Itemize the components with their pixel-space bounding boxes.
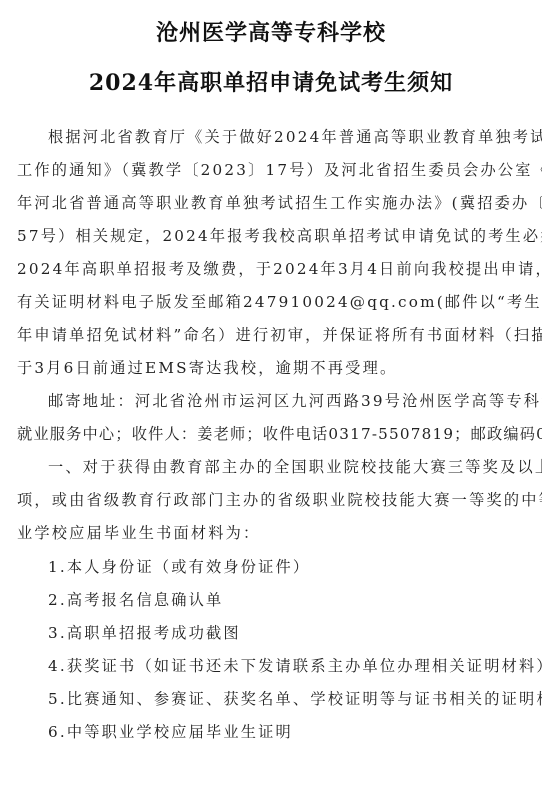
document-title: 沧州医学高等专科学校 <box>0 16 542 47</box>
list-item: 6.中等职业学校应届毕业生证明 <box>48 721 542 743</box>
paragraph-line: 邮寄地址：河北省沧州市运河区九河西路39号沧州医学高等专科学校 <box>48 390 529 412</box>
paragraph-line: 年河北省普通高等职业教育单独考试招生工作实施办法》(冀招委办〔2023〕 <box>17 192 529 214</box>
list-item: 2.高考报名信息确认单 <box>48 589 542 611</box>
paragraph-line: 于3月6日前通过EMS寄达我校，逾期不再受理。 <box>17 357 529 379</box>
paragraph-line: 项，或由省级教育行政部门主办的省级职业院校技能大赛一等奖的中等职 <box>17 489 529 511</box>
paragraph-line: 一、对于获得由教育部主办的全国职业院校技能大赛三等奖及以上奖 <box>48 456 529 478</box>
paragraph-line: 工作的通知》（冀教学〔2023〕17号）及河北省招生委员会办公室《2024 <box>17 159 529 181</box>
list-item: 3.高职单招报考成功截图 <box>48 622 542 644</box>
document-subtitle: 2024年高职单招申请免试考生须知 <box>0 66 542 97</box>
paragraph-line: 业学校应届毕业生书面材料为： <box>17 522 529 544</box>
list-item: 4.获奖证书（如证书还未下发请联系主办单位办理相关证明材料） <box>48 655 542 677</box>
paragraph-line: 57号）相关规定，2024年报考我校高职单招考试申请免试的考生必须完成 <box>17 225 529 247</box>
list-item: 1.本人身份证（或有效身份证件） <box>48 556 542 578</box>
paragraph-line: 年申请单招免试材料”命名）进行初审，并保证将所有书面材料（扫描件） <box>17 324 529 346</box>
list-item: 5.比赛通知、参赛证、获奖名单、学校证明等与证书相关的证明材料 <box>48 688 542 710</box>
paragraph-line: 有关证明材料电子版发至邮箱247910024@qq.com(邮件以“考生姓名+2… <box>17 291 529 313</box>
paragraph-line: 就业服务中心；收件人：姜老师；收件电话0317-5507819；邮政编码0610… <box>17 423 529 445</box>
paragraph-line: 根据河北省教育厅《关于做好2024年普通高等职业教育单独考试招生 <box>48 126 529 148</box>
paragraph-line: 2024年高职单招报考及缴费，于2024年3月4日前向我校提出申请，将 <box>17 258 529 280</box>
